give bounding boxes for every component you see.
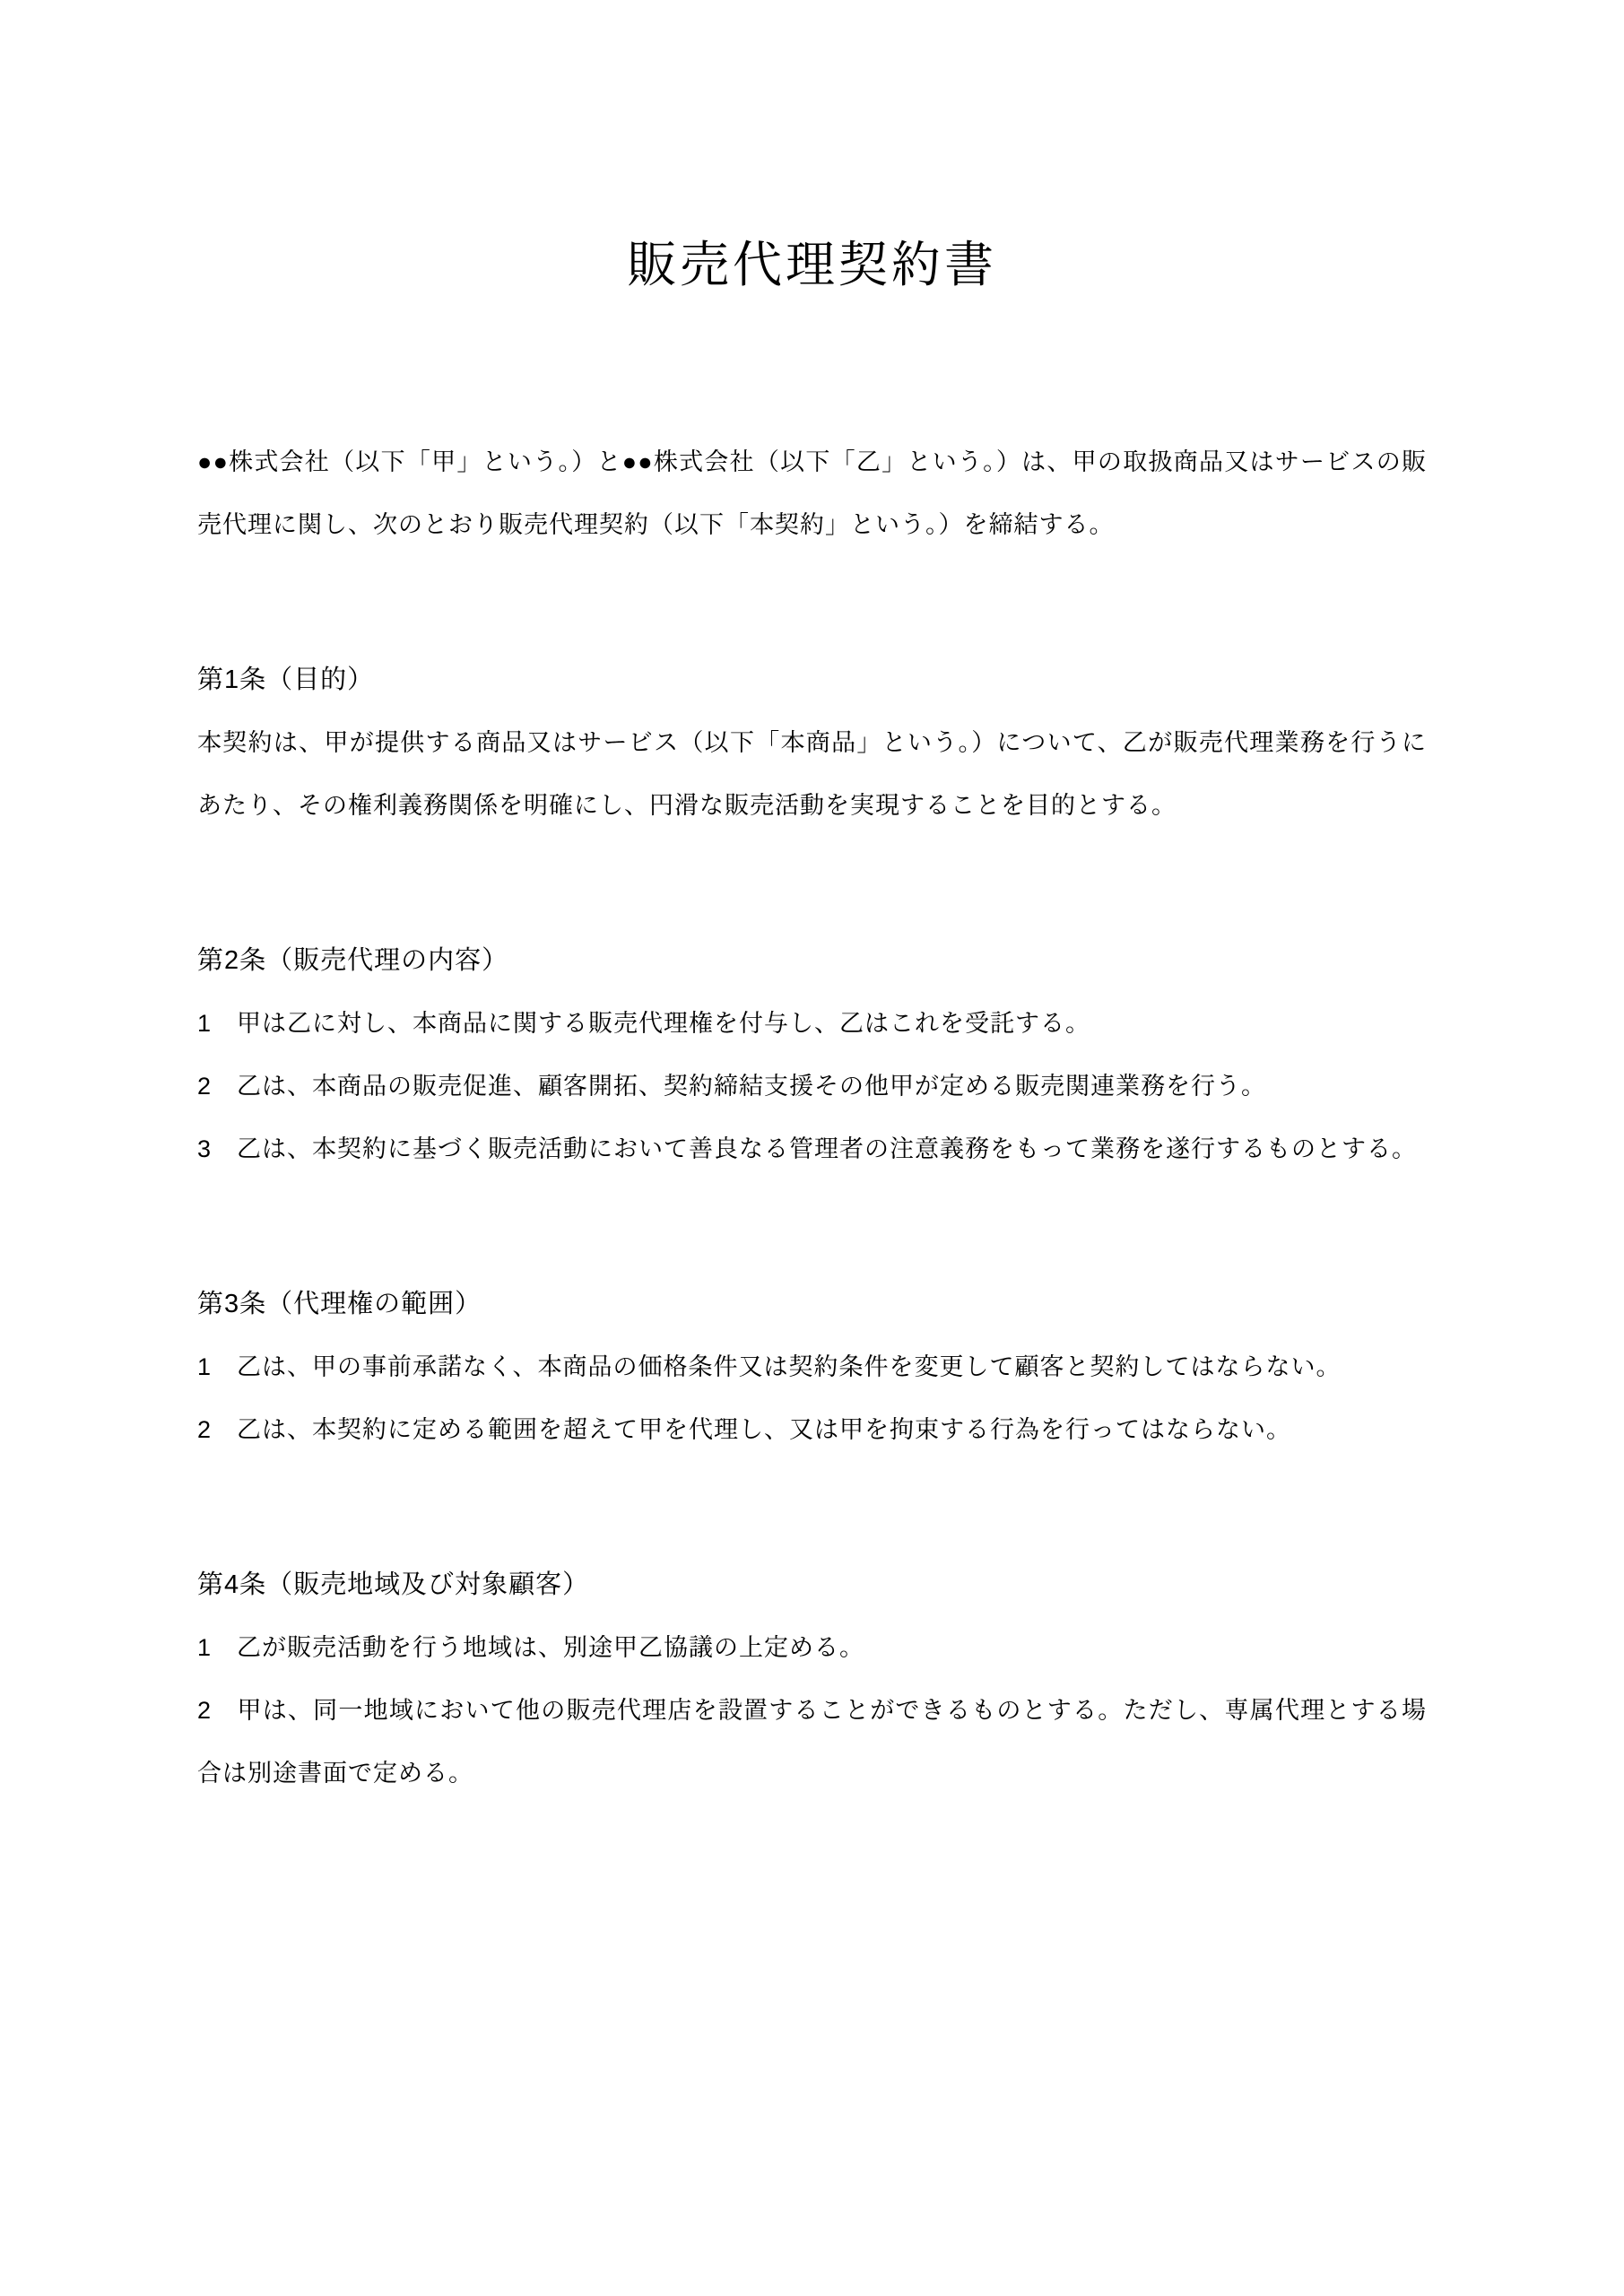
document-title: 販売代理契約書: [197, 235, 1427, 294]
article-3-paragraph-1: 1 乙は、甲の事前承諾なく、本商品の価格条件又は契約条件を変更して顧客と契約して…: [197, 1335, 1427, 1398]
intro-paragraph: ●●株式会社（以下「甲」という。）と●●株式会社（以下「乙」という。）は、甲の取…: [197, 430, 1427, 556]
article-2-paragraph-1: 1 甲は乙に対し、本商品に関する販売代理権を付与し、乙はこれを受託する。: [197, 992, 1427, 1055]
article-1-heading: 第1条（目的）: [197, 648, 1427, 711]
article-4-heading: 第4条（販売地域及び対象顧客）: [197, 1553, 1427, 1616]
article-3: 第3条（代理権の範囲） 1 乙は、甲の事前承諾なく、本商品の価格条件又は契約条件…: [197, 1273, 1427, 1461]
contract-document-page: 販売代理契約書 ●●株式会社（以下「甲」という。）と●●株式会社（以下「乙」とい…: [0, 0, 1624, 2296]
article-3-heading: 第3条（代理権の範囲）: [197, 1273, 1427, 1335]
article-2-paragraph-2: 2 乙は、本商品の販売促進、顧客開拓、契約締結支援その他甲が定める販売関連業務を…: [197, 1055, 1427, 1118]
article-3-paragraph-2: 2 乙は、本契約に定める範囲を超えて甲を代理し、又は甲を拘束する行為を行ってはな…: [197, 1398, 1427, 1461]
article-2-paragraph-3: 3 乙は、本契約に基づく販売活動において善良なる管理者の注意義務をもって業務を遂…: [197, 1118, 1427, 1180]
article-4-paragraph-2: 2 甲は、同一地域において他の販売代理店を設置することができるものとする。ただし…: [197, 1679, 1427, 1805]
article-2-heading: 第2条（販売代理の内容）: [197, 929, 1427, 992]
article-2: 第2条（販売代理の内容） 1 甲は乙に対し、本商品に関する販売代理権を付与し、乙…: [197, 929, 1427, 1180]
article-4: 第4条（販売地域及び対象顧客） 1 乙が販売活動を行う地域は、別途甲乙協議の上定…: [197, 1553, 1427, 1805]
article-1-paragraph-1: 本契約は、甲が提供する商品又はサービス（以下「本商品」という。）について、乙が販…: [197, 711, 1427, 837]
article-4-paragraph-1: 1 乙が販売活動を行う地域は、別途甲乙協議の上定める。: [197, 1616, 1427, 1679]
article-1: 第1条（目的） 本契約は、甲が提供する商品又はサービス（以下「本商品」という。）…: [197, 648, 1427, 837]
